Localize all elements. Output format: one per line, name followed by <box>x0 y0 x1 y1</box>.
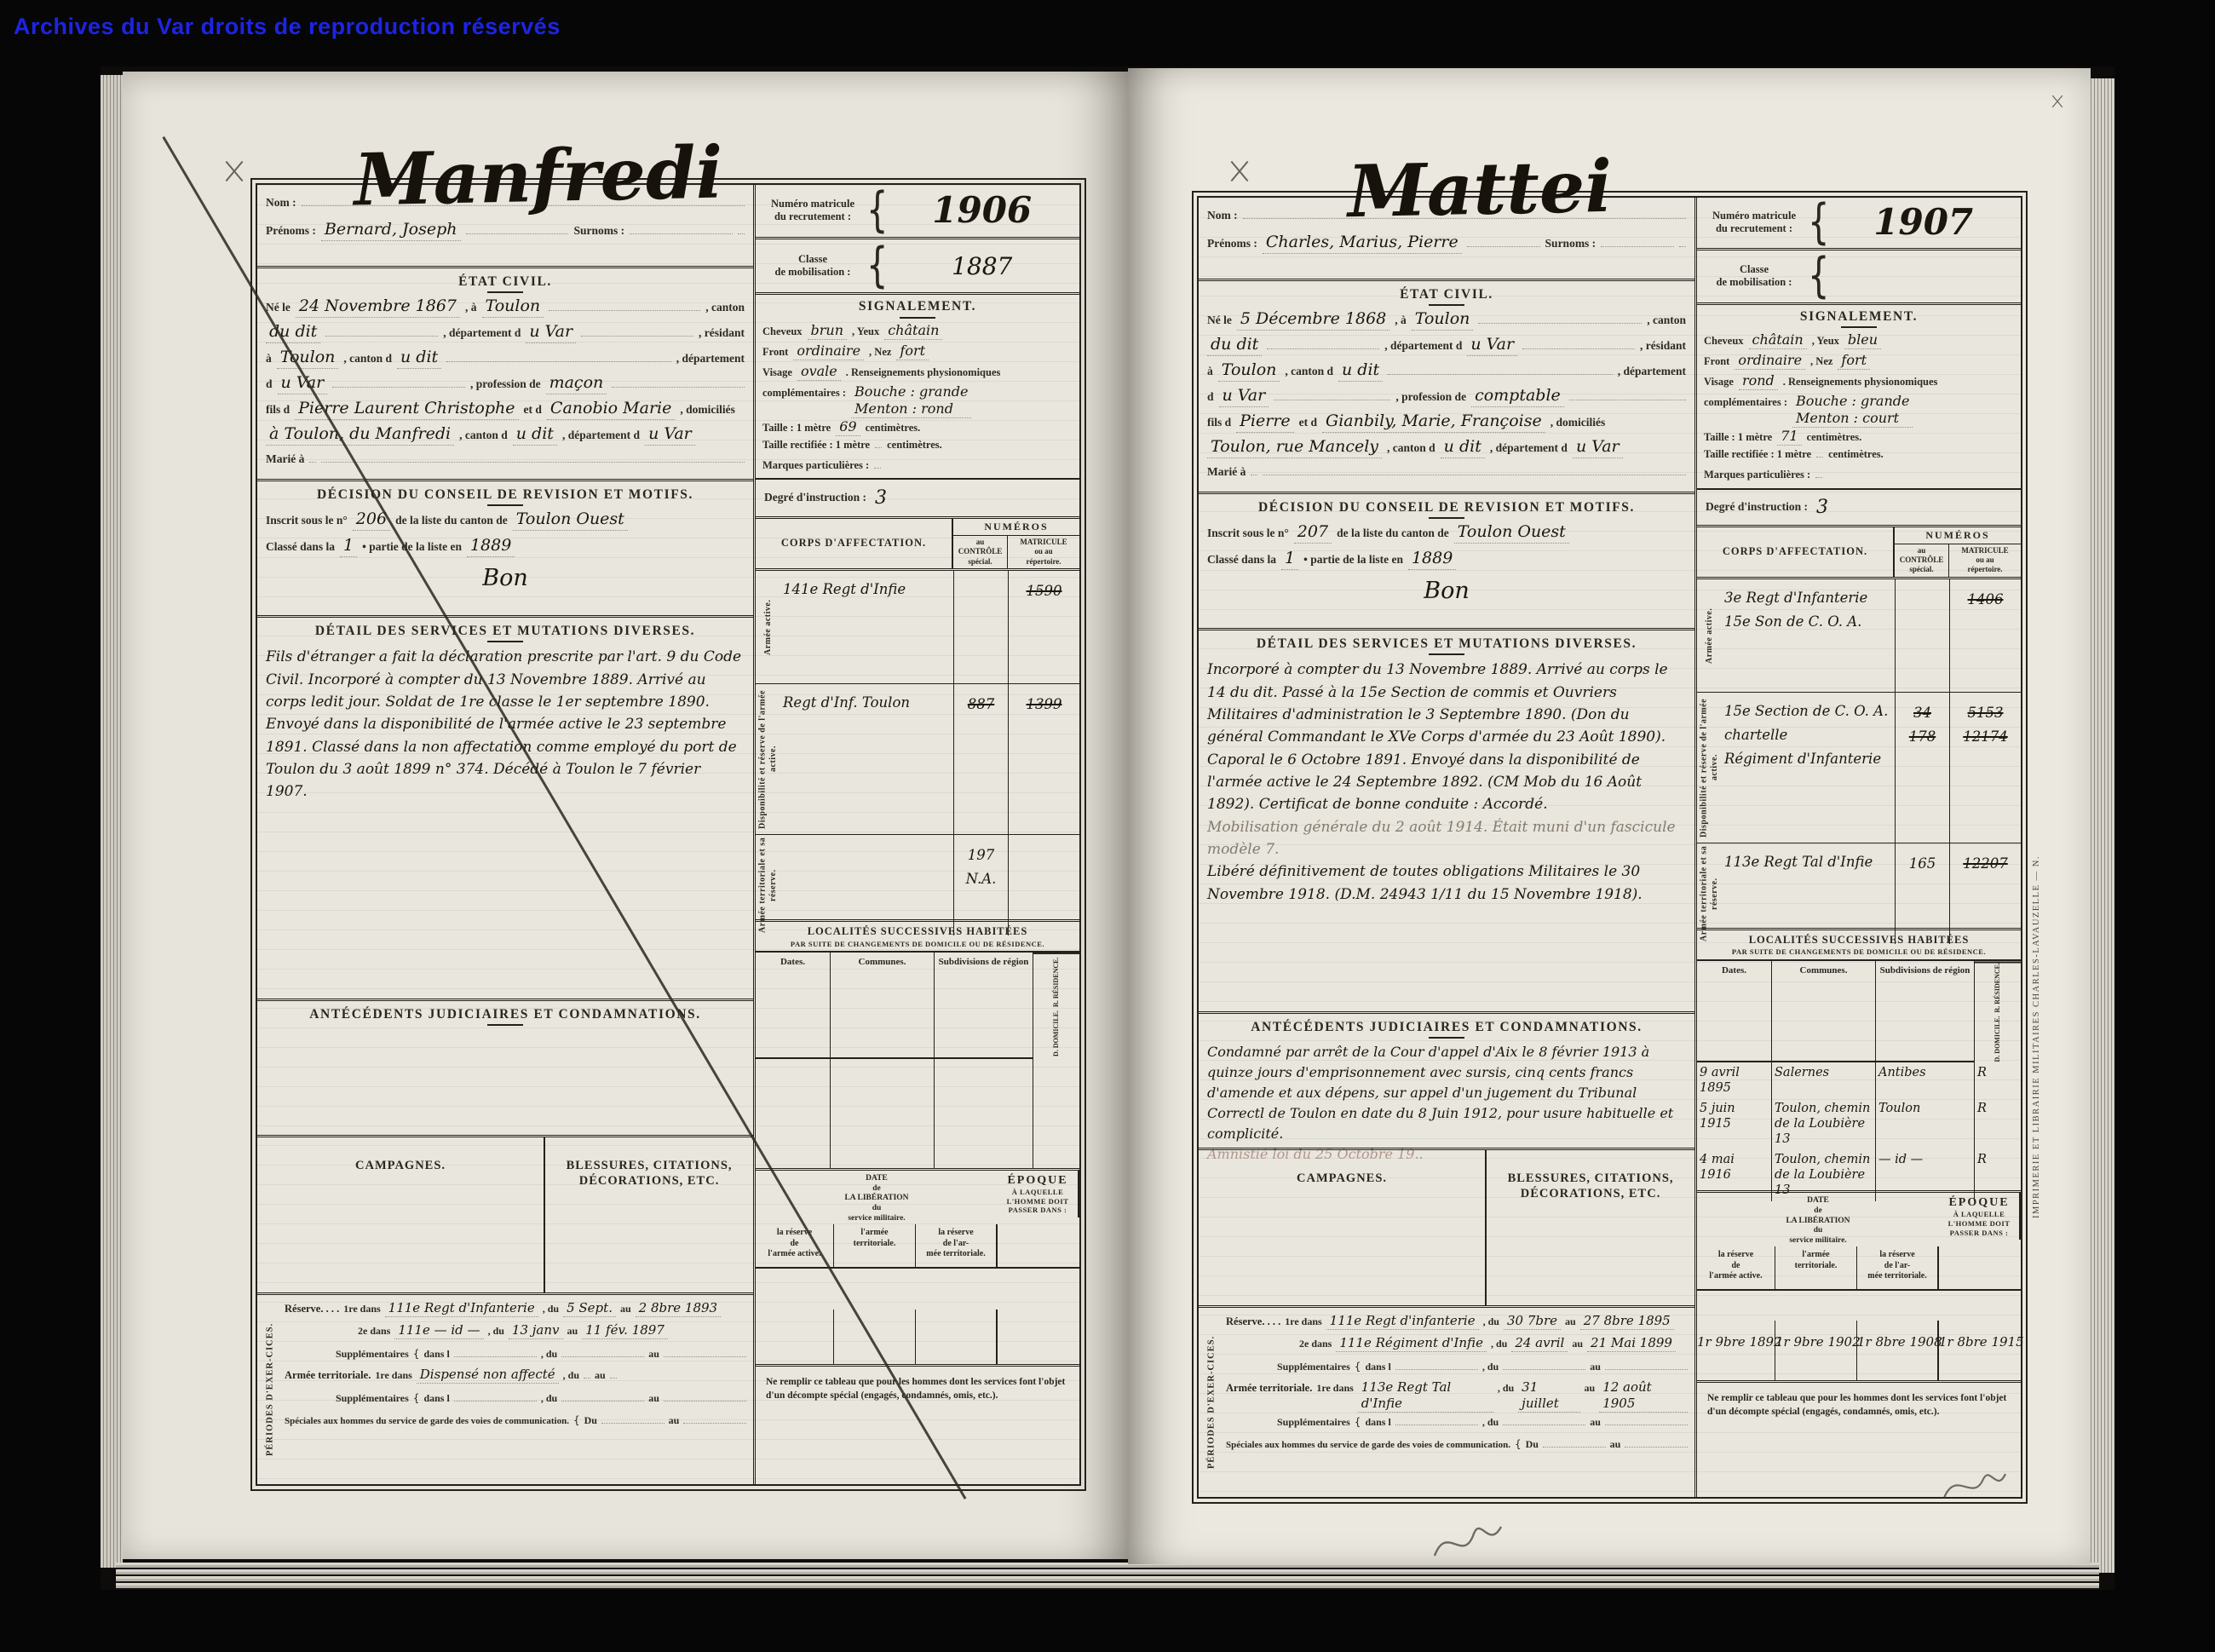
liste-canton-label: de la liste du canton de <box>1337 527 1449 541</box>
date-liberation-header: DATE de LA LIBÉRATION du service militai… <box>1697 1193 1939 1246</box>
epoque-reserve-active-value: 1r 9bre 1892 <box>1697 1334 1782 1350</box>
du-label: , du <box>1498 1382 1514 1395</box>
liberation-date-value: 1r 8bre 1915 <box>1939 1334 2024 1350</box>
blank <box>1267 337 1379 349</box>
prenoms-label: Prénoms : <box>1207 237 1257 251</box>
numeros-header: NUMÉROS au CONTRÔLE spécial. MATRICULE o… <box>953 519 1079 568</box>
residence-value: Toulon <box>1218 360 1280 382</box>
a-label: à <box>1207 365 1213 379</box>
au-label: au <box>1572 1338 1583 1350</box>
reserve1-au-value: 27 8bre 1895 <box>1580 1313 1674 1330</box>
canton-list-value: Toulon Ouest <box>1454 522 1569 544</box>
brace-glyph: { <box>573 1414 580 1427</box>
p1re-label: 1re dans <box>1285 1315 1321 1328</box>
centimetres-label: centimètres. <box>1828 448 1884 462</box>
blank <box>1569 388 1686 400</box>
residence-label: R. RÉSIDENCE. <box>1993 963 2002 1012</box>
prenoms-value: Bernard, Joseph <box>321 220 461 241</box>
periode-speciales: Spéciales aux hommes du service de garde… <box>1226 1435 1688 1457</box>
etat-line-2: du dit , département d u Var , résidant <box>266 322 745 348</box>
antecedents-title: ANTÉCÉDENTS JUDICIAIRES ET CONDAMNATIONS… <box>266 1006 745 1026</box>
prenoms-value: Charles, Marius, Pierre <box>1263 233 1462 254</box>
reserve2-du-value: 13 janv <box>509 1322 563 1339</box>
page-edges-bottom <box>116 1563 2099 1590</box>
surname-script: Manfredi <box>350 136 727 216</box>
domicile-label: D. DOMICILE. <box>1993 1016 2002 1062</box>
ink-cross-mark <box>2050 94 2065 109</box>
page-edges-left <box>101 75 123 1568</box>
au-label: au <box>1565 1315 1576 1328</box>
supplementaires-label: Supplémentaires <box>1277 1416 1350 1429</box>
localites-subtitle: PAR SUITE DE CHANGEMENTS DE DOMICILE OU … <box>1697 947 2021 961</box>
brace-glyph: { <box>1808 193 1829 252</box>
numeros-subheaders: au CONTRÔLE spécial. MATRICULE ou au rép… <box>1895 544 2021 577</box>
matricule-form: Manfredi Nom : Prénoms : Bernard, Joseph… <box>256 183 1081 1486</box>
communes-header: Communes. <box>831 953 935 1059</box>
decompte-note: Ne remplir ce tableau que pour les homme… <box>756 1364 1079 1484</box>
communes-header: Communes. <box>1772 961 1876 1062</box>
blank <box>1503 1413 1585 1425</box>
ne-le-label: Né le <box>1207 314 1232 328</box>
marie-label: Marié à <box>266 452 304 467</box>
classe-label: Classe de mobilisation : <box>762 253 863 279</box>
front-value: ordinaire <box>793 342 864 360</box>
loc-commune <box>831 1096 935 1131</box>
form-left-column: Nom : Prénoms : Bernard, Joseph Surnoms … <box>257 185 753 1484</box>
complementaires-label: complémentaires : <box>762 387 846 400</box>
campagnes-blessures-section: CAMPAGNES. BLESSURES, CITATIONS, DÉCORAT… <box>1199 1148 1694 1305</box>
epoque-value-cell <box>834 1310 916 1364</box>
loc-commune <box>831 1059 935 1095</box>
etat-civil-title: ÉTAT CIVIL. <box>266 273 745 293</box>
etat-civil-section: ÉTAT CIVIL. Né le 24 Novembre 1867 , à T… <box>257 266 753 479</box>
dispo-corps-value: 15e Section de C. O. A. chartelle Régime… <box>1723 693 1895 843</box>
birthplace-value: Toulon <box>482 296 544 318</box>
p2e-label: 2e dans <box>358 1325 390 1338</box>
reserve-territoriale-header: la réserve de l'ar- mée territoriale. <box>1857 1246 1939 1291</box>
au-label: au <box>648 1348 659 1361</box>
cheveux-line: Cheveux châtain , Yeux bleu <box>1704 331 2014 352</box>
loc-subdivision: Toulon <box>1876 1098 1975 1149</box>
form-right-column: Numéro matricule du recrutement : { 1907… <box>1694 198 2021 1497</box>
taille-value: 69 <box>836 418 860 436</box>
blank <box>1522 337 1635 349</box>
active-corps-value: 3e Regt d'Infanterie 15e Son de C. O. A. <box>1723 579 1895 692</box>
profession-label: , profession de <box>1395 390 1466 405</box>
profession-label: , profession de <box>470 377 541 392</box>
corps-row-armee-active: Armée active. 141e Regt d'Infie 1590 <box>756 571 1079 683</box>
marie-value <box>1251 475 1257 475</box>
territoriale1-du-value <box>584 1378 590 1379</box>
loc-commune <box>831 1131 935 1167</box>
p1re-label: 1re dans <box>343 1303 380 1315</box>
d-label: d <box>1207 390 1214 405</box>
loc-subdivision: Antibes <box>1876 1062 1975 1098</box>
yeux-value: châtain <box>884 322 942 340</box>
services-text: Fils d'étranger a fait la déclaration pr… <box>266 646 745 803</box>
marie-value <box>309 462 316 463</box>
form-left-column: Nom : Prénoms : Charles, Marius, Pierre … <box>1199 198 1694 1497</box>
brace-glyph: { <box>1808 246 1829 306</box>
territoriale1-corps-value: Dispensé non affecté <box>417 1367 559 1384</box>
domicilies-label: , domiciliés <box>1550 416 1606 430</box>
yeux-label: , Yeux <box>852 325 879 339</box>
periodes-section: PÉRIODES D'EXER-CICES. Réserve. . . . 1r… <box>1199 1305 1694 1497</box>
dans-l-label: dans l <box>423 1348 449 1361</box>
au-label: au <box>669 1414 680 1427</box>
cheveux-value: brun <box>808 322 848 340</box>
subdivisions-header: Subdivisions de région <box>935 953 1033 1059</box>
speciales-label: Spéciales aux hommes du service de garde… <box>1226 1440 1510 1452</box>
territoriale1-au-value: 12 août 1905 <box>1599 1379 1688 1413</box>
front-value: ordinaire <box>1735 352 1805 370</box>
du-label: , du <box>488 1325 504 1338</box>
register-page-left: Manfredi Nom : Prénoms : Bernard, Joseph… <box>123 72 1128 1559</box>
degre-label: Degré d'instruction : <box>1706 500 1808 515</box>
centimetres-label: centimètres. <box>887 439 942 452</box>
visage-value: rond <box>1739 372 1778 390</box>
campagnes-cell: CAMPAGNES. <box>1199 1150 1487 1305</box>
taille-label: Taille : 1 mètre <box>1704 431 1772 445</box>
classe-mobilisation-box: Classe de mobilisation : { 1887 <box>756 239 1079 296</box>
reserve-active-header: la réserve de l'armée active. <box>756 1224 834 1269</box>
brace-glyph: { <box>1515 1438 1522 1451</box>
marques-line: Marques particulières : <box>1704 469 2014 489</box>
taille-value: 71 <box>1777 428 1801 446</box>
classe-mobilisation-box: Classe de mobilisation : { <box>1697 250 2021 305</box>
p2e-label: 2e dans <box>1299 1338 1332 1350</box>
domicilies-label: , domiciliés <box>680 403 735 417</box>
etat-line-4: d u Var , profession de maçon <box>266 373 745 399</box>
etat-line-4: d u Var , profession de comptable <box>1207 386 1686 412</box>
classe-value: 1887 <box>891 251 1073 281</box>
taille-rect-line: Taille rectifiée : 1 mètre centimètres. <box>1704 448 2014 469</box>
periodes-vertical-label: PÉRIODES D'EXER-CICES. <box>1199 1308 1224 1497</box>
decision-motif-value: Bon <box>1207 577 1686 606</box>
degre-value: 3 <box>1816 496 1828 520</box>
epoque-value-cell: 1r 9bre 1892 <box>1697 1321 1775 1380</box>
domicile-value: à Toulon, du Manfredi <box>266 424 454 446</box>
fils-label: fils d <box>266 403 290 417</box>
canton-label: , canton <box>1647 314 1686 328</box>
localites-table: LOCALITÉS SUCCESSIVES HABITÉES PAR SUITE… <box>1697 928 2021 1190</box>
birthdate-value: 5 Décembre 1868 <box>1237 309 1389 331</box>
ink-cross-mark <box>1227 158 1252 184</box>
active-corps-value: 141e Regt d'Infie <box>781 571 953 683</box>
a-label: à <box>266 352 272 366</box>
territoriale1-au-value <box>610 1378 617 1379</box>
matricule-number: 1906 <box>891 193 1073 228</box>
partie-value: 1 <box>1281 549 1298 570</box>
departement-value: u Var <box>645 424 695 446</box>
active-matricule-value: 1406 <box>1949 579 2021 692</box>
brace-glyph: { <box>866 236 888 296</box>
armee-territoriale-label: Armée territoriale. <box>285 1369 371 1383</box>
matricule-label: Numéro matricule du recrutement : <box>762 198 863 223</box>
date-header-spacer <box>1939 1246 2021 1291</box>
yeux-label: , Yeux <box>1812 335 1839 348</box>
reserve2-corps-value: 111e Régiment d'Infie <box>1336 1335 1487 1352</box>
supplementaires-label: Supplémentaires <box>336 1392 409 1405</box>
liste-canton-label: de la liste du canton de <box>395 514 508 528</box>
blank <box>664 1389 746 1402</box>
blank <box>549 298 700 311</box>
armee-territoriale-header: l'armée territoriale. <box>1775 1246 1857 1291</box>
blank <box>1388 362 1613 375</box>
departement-value: u Var <box>1467 335 1517 356</box>
reserve1-du-value: 5 Sept. <box>563 1300 616 1317</box>
epoque-subtitle: À LAQUELLE L'HOMME DOIT PASSER DANS : <box>999 1188 1076 1215</box>
epoque-table: ÉPOQUE À LAQUELLE L'HOMME DOIT PASSER DA… <box>1697 1190 2021 1380</box>
taille-rectifiee-value <box>1816 457 1823 458</box>
dates-header: Dates. <box>1697 961 1772 1062</box>
decision-line-2: Classé dans la 1 • partie de la liste en… <box>266 536 745 562</box>
loc-dr-mark <box>1033 1131 1079 1167</box>
a-label: , à <box>1395 314 1407 328</box>
matricule-header: MATRICULE ou au répertoire. <box>1008 536 1079 568</box>
residence-value: Toulon <box>277 348 339 369</box>
etat-line-1: Né le 24 Novembre 1867 , à Toulon , cant… <box>266 296 745 322</box>
et-label: et d <box>1299 416 1317 430</box>
surnoms-value <box>1679 246 1686 247</box>
canton-label: , canton d <box>343 352 392 366</box>
au-label: au <box>595 1369 606 1382</box>
mother-value: Canobio Marie <box>547 399 675 420</box>
degre-value: 3 <box>875 486 887 510</box>
supplementaires-label: Supplémentaires <box>1277 1361 1350 1373</box>
corps-column-header: CORPS D'AFFECTATION. <box>756 519 953 568</box>
services-title: DÉTAIL DES SERVICES ET MUTATIONS DIVERSE… <box>1207 636 1686 655</box>
loc-commune: Toulon, chemin de la Loubière 13 <box>1772 1098 1876 1149</box>
epoque-header: ÉPOQUE À LAQUELLE L'HOMME DOIT PASSER DA… <box>1697 1193 2021 1246</box>
blank <box>664 1344 746 1357</box>
active-matricule-value: 1590 <box>1008 571 1079 683</box>
canton-value: u dit <box>1441 437 1485 458</box>
corps-affectation-table: CORPS D'AFFECTATION. NUMÉROS au CONTRÔLE… <box>756 516 1079 919</box>
ne-le-label: Né le <box>266 301 291 315</box>
a-label: , à <box>465 301 477 315</box>
cheveux-line: Cheveux brun , Yeux châtain <box>762 322 1073 342</box>
surnoms-label: Surnoms : <box>573 224 624 239</box>
taille-rectifiee-value <box>875 447 882 448</box>
residence-label: R. RÉSIDENCE. <box>1052 958 1061 1007</box>
loc-subdivision <box>935 1131 1033 1167</box>
etat-line-5: fils d Pierre Laurent Christophe et d Ca… <box>266 399 745 424</box>
birthplace-value: Toulon <box>1412 309 1474 331</box>
classe-label: Classe de mobilisation : <box>1704 263 1804 289</box>
corps-row-disponibilite: Disponibilité et réserve de l'armée acti… <box>756 683 1079 834</box>
front-line: Front ordinaire , Nez fort <box>1704 352 2014 372</box>
marie-line: Marié à <box>266 450 745 475</box>
reserve-label: Réserve. . . . <box>285 1303 339 1316</box>
residant-label: , résidant <box>1640 339 1686 354</box>
dispo-controle-value: 887 <box>953 684 1008 834</box>
campagnes-blessures-section: CAMPAGNES. BLESSURES, CITATIONS, DÉCORAT… <box>257 1135 753 1292</box>
reserve1-au-value: 2 8bre 1893 <box>636 1300 721 1317</box>
epoque-header: ÉPOQUE À LAQUELLE L'HOMME DOIT PASSER DA… <box>756 1171 1079 1224</box>
epoque-title-cell: ÉPOQUE À LAQUELLE L'HOMME DOIT PASSER DA… <box>1939 1193 2021 1240</box>
annee-value: 1889 <box>467 536 515 557</box>
campagnes-title: CAMPAGNES. <box>1205 1171 1478 1186</box>
partie-value: 1 <box>340 536 357 557</box>
services-section: DÉTAIL DES SERVICES ET MUTATIONS DIVERSE… <box>1199 628 1694 1011</box>
decision-section: DÉCISION DU CONSEIL DE REVISION ET MOTIF… <box>1199 492 1694 628</box>
marie-label: Marié à <box>1207 465 1246 480</box>
antecedents-text: Condamné par arrêt de la Cour d'appel d'… <box>1207 1042 1686 1144</box>
loc-dr-mark: R <box>1975 1098 2021 1149</box>
subdivisions-header: Subdivisions de région <box>1876 961 1975 1062</box>
surnoms-label: Surnoms : <box>1545 237 1597 251</box>
reserve1-du-value: 30 7bre <box>1504 1313 1561 1330</box>
reserve2-corps-value: 111e — id — <box>394 1322 483 1339</box>
numeros-label: NUMÉROS <box>953 519 1079 536</box>
departement-value: u Var <box>1219 386 1269 407</box>
dispo-controle-value: 34 178 <box>1895 693 1949 843</box>
mother-value: Gianbily, Marie, Françoise <box>1322 412 1545 433</box>
periodes-section: PÉRIODES D'EXER-CICES. Réserve. . . . 1r… <box>257 1292 753 1484</box>
taille-line: Taille : 1 mètre 69 centimètres. <box>762 418 1073 439</box>
decision-line-2: Classé dans la 1 • partie de la liste en… <box>1207 549 1686 575</box>
canton-label: , canton d <box>1387 441 1435 456</box>
matricule-box: Numéro matricule du recrutement : { 1906 <box>756 185 1079 239</box>
scan-background: Archives du Var droits de reproduction r… <box>0 0 2215 1652</box>
controle-header: au CONTRÔLE spécial. <box>1895 544 1949 577</box>
blank <box>1263 463 1686 475</box>
epoque-table: ÉPOQUE À LAQUELLE L'HOMME DOIT PASSER DA… <box>756 1168 1079 1364</box>
marques-label: Marques particulières : <box>1704 469 1810 482</box>
degre-instruction-row: Degré d'instruction : 3 <box>756 478 1079 516</box>
armee-active-vertical-label: Armée active. <box>1697 579 1723 692</box>
epoque-reserve-territoriale-value: 1r 8bre 1908 <box>1857 1334 1942 1350</box>
corps-row-armee-active: Armée active. 3e Regt d'Infanterie 15e S… <box>1697 579 2021 692</box>
blank <box>1625 1435 1688 1448</box>
p1re-label: 1re dans <box>1316 1382 1353 1395</box>
localites-grid: Dates. Communes. Subdivisions de région … <box>1697 961 2021 1200</box>
active-controle-value <box>953 571 1008 683</box>
ink-cross-mark <box>221 158 247 184</box>
disponibilite-vertical-label: Disponibilité et réserve de l'armée acti… <box>1697 693 1723 843</box>
dans-l-label: dans l <box>1365 1361 1390 1373</box>
p1re-label: 1re dans <box>375 1369 411 1382</box>
services-section: DÉTAIL DES SERVICES ET MUTATIONS DIVERSE… <box>257 615 753 999</box>
corps-row-disponibilite: Disponibilité et réserve de l'armée acti… <box>1697 692 2021 843</box>
loc-subdivision <box>935 1096 1033 1131</box>
decision-section: DÉCISION DU CONSEIL DE REVISION ET MOTIF… <box>257 479 753 615</box>
nom-label: Nom : <box>1207 209 1238 223</box>
brace-glyph: { <box>413 1348 420 1361</box>
dispo-corps-value: Regt d'Inf. Toulon <box>781 684 953 834</box>
numeros-label: NUMÉROS <box>1895 527 2021 544</box>
archives-watermark: Archives du Var droits de reproduction r… <box>14 14 561 40</box>
du-label: , du <box>543 1303 559 1315</box>
decision-motif-value: Bon <box>266 564 745 593</box>
nez-value: fort <box>1838 352 1870 370</box>
brace-glyph: { <box>1355 1416 1361 1429</box>
epoque-value-cell: 1r 8bre 1915 <box>1939 1321 2021 1380</box>
cheveux-label: Cheveux <box>1704 335 1744 348</box>
blank <box>454 1389 537 1402</box>
partie-liste-label: • partie de la liste en <box>1303 553 1403 567</box>
surname-script: Mattei <box>1292 149 1668 228</box>
periode-reserve-2: 2e dans 111e Régiment d'Infie , du 24 av… <box>1226 1335 1688 1357</box>
departement-value: u Var <box>526 322 576 343</box>
epoque-value-cell <box>756 1310 834 1364</box>
complementaires-value: Bouche : grande Menton : rond <box>851 383 971 418</box>
territoriale1-du-value: 31 juillet <box>1518 1379 1579 1413</box>
loc-date <box>756 1059 831 1095</box>
centimetres-label: centimètres. <box>1807 431 1862 445</box>
blank <box>601 1411 664 1424</box>
reserve2-au-value: 11 fév. 1897 <box>582 1322 668 1339</box>
reserve2-au-value: 21 Mai 1899 <box>1587 1335 1676 1352</box>
blank <box>1605 1413 1688 1425</box>
armee-territoriale-header: l'armée territoriale. <box>834 1224 916 1269</box>
canton-value: u dit <box>513 424 557 446</box>
reserve2-du-value: 24 avril <box>1511 1335 1568 1352</box>
periode-reserve-suppl: Supplémentaires { dans l , du au <box>285 1344 746 1367</box>
au-label: au <box>1585 1382 1596 1395</box>
inscrit-label: Inscrit sous le n° <box>1207 527 1289 541</box>
date-liberation-header: DATE de LA LIBÉRATION du service militai… <box>756 1171 998 1224</box>
blank <box>1543 1435 1606 1448</box>
dispo-matricule-value: 1399 <box>1008 684 1079 834</box>
domicile-value: Toulon, rue Mancely <box>1207 437 1382 458</box>
ink-signature-flourish <box>1430 1515 1506 1566</box>
periode-territoriale-1: Armée territoriale. 1re dans Dispensé no… <box>285 1367 746 1389</box>
marques-value <box>1815 477 1822 478</box>
et-label: et d <box>524 403 542 417</box>
au-label: au <box>1590 1416 1601 1429</box>
loc-date: 5 juin 1915 <box>1697 1098 1772 1149</box>
epoque-territoriale-value: 1r 9bre 1902 <box>1775 1334 1861 1350</box>
loc-date: 9 avril 1895 <box>1697 1062 1772 1098</box>
matricule-number: 1907 <box>1832 204 2014 240</box>
inscrit-label: Inscrit sous le n° <box>266 514 348 528</box>
nez-label: , Nez <box>869 346 891 360</box>
loc-dr-mark <box>1033 1059 1079 1095</box>
prenoms-line: Prénoms : Charles, Marius, Pierre Surnom… <box>1207 233 1686 259</box>
departement-label: , département d <box>562 429 640 443</box>
localites-table: LOCALITÉS SUCCESSIVES HABITÉES PAR SUITE… <box>756 919 1079 1168</box>
corps-table-header: CORPS D'AFFECTATION. NUMÉROS au CONTRÔLE… <box>1697 527 2021 579</box>
etat-line-6: Toulon, rue Mancely , canton d u dit , d… <box>1207 437 1686 463</box>
services-text: Incorporé à compter du 13 Novembre 1889.… <box>1207 659 1686 815</box>
territoriale-vertical-label: Armée territoriale et sa réserve. <box>1697 843 1723 944</box>
classe-dans-label: Classé dans la <box>266 540 335 555</box>
blank <box>1395 1413 1478 1425</box>
matricule-label: Numéro matricule du recrutement : <box>1704 210 1804 235</box>
birthdate-value: 24 Novembre 1867 <box>296 296 460 318</box>
surnoms-blank <box>1601 234 1674 247</box>
surnoms-blank <box>630 222 733 234</box>
periodes-body: Réserve. . . . 1re dans 111e Regt d'infa… <box>1224 1308 1694 1497</box>
localites-grid: Dates. Communes. Subdivisions de région … <box>756 953 1079 1167</box>
canton-label: , canton d <box>459 429 508 443</box>
blank <box>1503 1357 1585 1370</box>
campagnes-title: CAMPAGNES. <box>264 1158 537 1173</box>
renseignements-label: . Renseignements physionomiques <box>1783 376 1938 389</box>
visage-label: Visage <box>1704 376 1734 389</box>
prenoms-blank <box>1467 234 1540 247</box>
canton-value: u dit <box>1338 360 1383 382</box>
blank <box>561 1389 644 1402</box>
residant-label: , résidant <box>699 326 745 341</box>
reserve-label: Réserve. . . . <box>1226 1315 1280 1329</box>
du-label: Du <box>584 1414 597 1427</box>
cheveux-label: Cheveux <box>762 325 803 339</box>
matricule-form: Mattei Nom : Prénoms : Charles, Marius, … <box>1197 196 2022 1499</box>
visage-line: Visage rond . Renseignements physionomiq… <box>1704 372 2014 393</box>
